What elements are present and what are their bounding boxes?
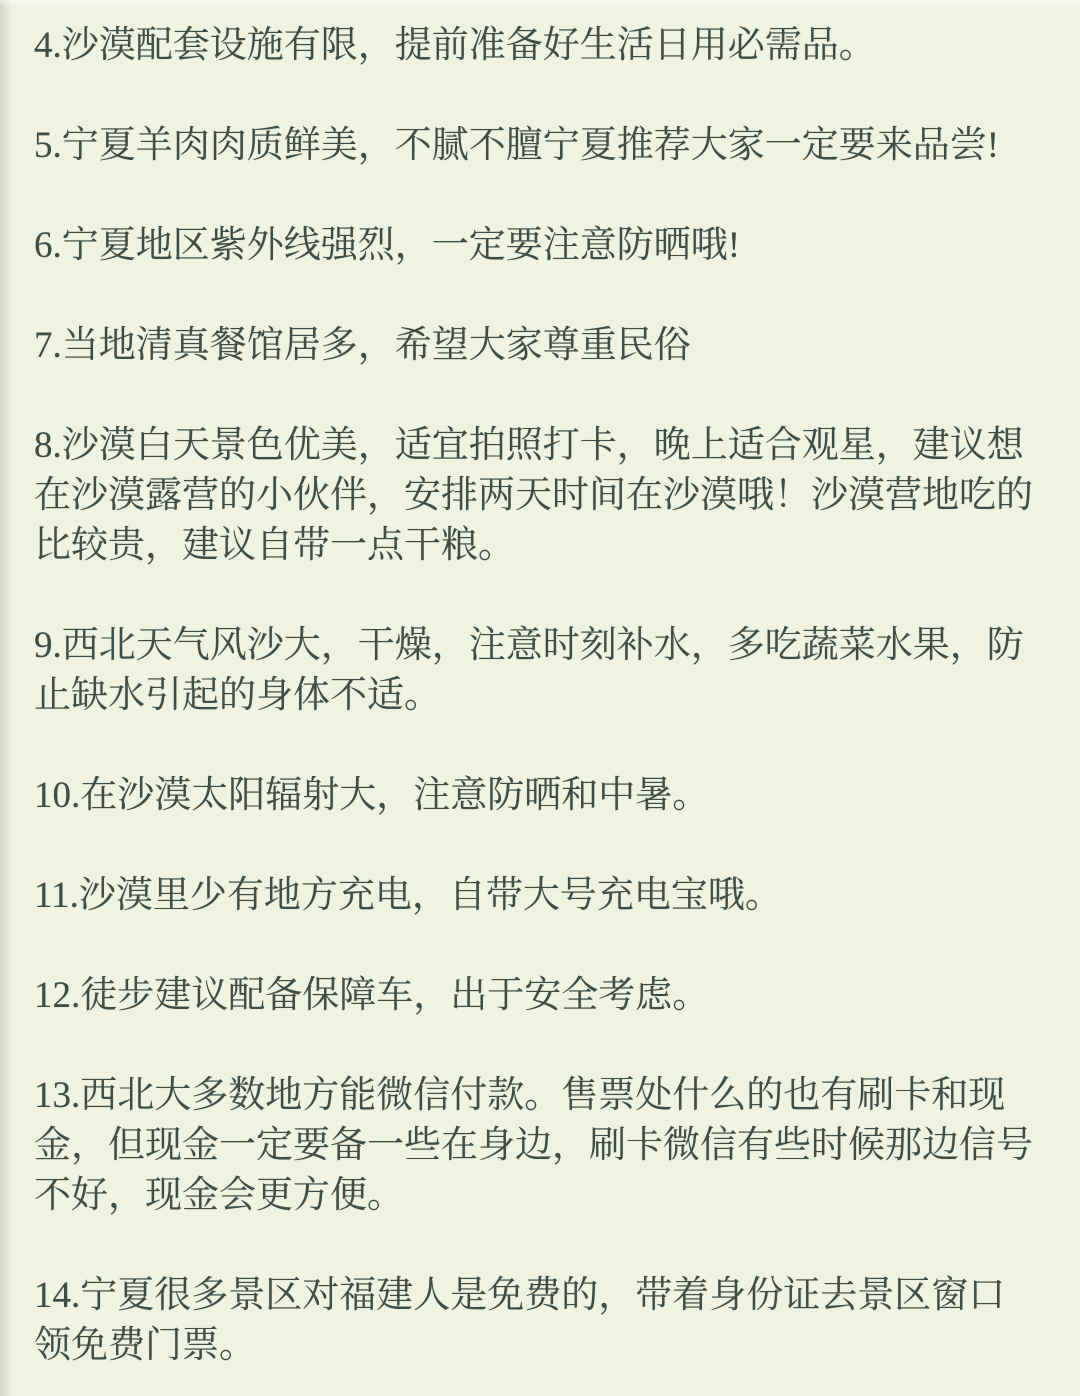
- tip-item-6: 6.宁夏地区紫外线强烈，一定要注意防晒哦!: [34, 221, 1040, 271]
- tip-item-12: 12.徒步建议配备保障车，出于安全考虑。: [34, 971, 1040, 1021]
- tip-item-5: 5.宁夏羊肉肉质鲜美，不腻不膻宁夏推荐大家一定要来品尝!: [34, 121, 1040, 171]
- tip-item-11: 11.沙漠里少有地方充电，自带大号充电宝哦。: [34, 871, 1040, 921]
- page: { "page": { "background_color": "#f1f3e2…: [0, 0, 1080, 1396]
- tip-item-8: 8.沙漠白天景色优美，适宜拍照打卡，晚上适合观星，建议想在沙漠露营的小伙伴，安排…: [34, 421, 1040, 571]
- tip-item-9: 9.西北天气风沙大，干燥，注意时刻补水，多吃蔬菜水果，防止缺水引起的身体不适。: [34, 621, 1040, 721]
- tip-item-14: 14.宁夏很多景区对福建人是免费的，带着身份证去景区窗口领免费门票。: [34, 1271, 1040, 1371]
- tip-item-4: 4.沙漠配套设施有限，提前准备好生活日用必需品。: [34, 21, 1040, 71]
- document-body: 4.沙漠配套设施有限，提前准备好生活日用必需品。 5.宁夏羊肉肉质鲜美，不腻不膻…: [0, 0, 1080, 1396]
- tip-item-13: 13.西北大多数地方能微信付款。售票处什么的也有刷卡和现金，但现金一定要备一些在…: [34, 1071, 1040, 1221]
- tip-item-10: 10.在沙漠太阳辐射大，注意防晒和中暑。: [34, 771, 1040, 821]
- tip-item-7: 7.当地清真餐馆居多，希望大家尊重民俗: [34, 321, 1040, 371]
